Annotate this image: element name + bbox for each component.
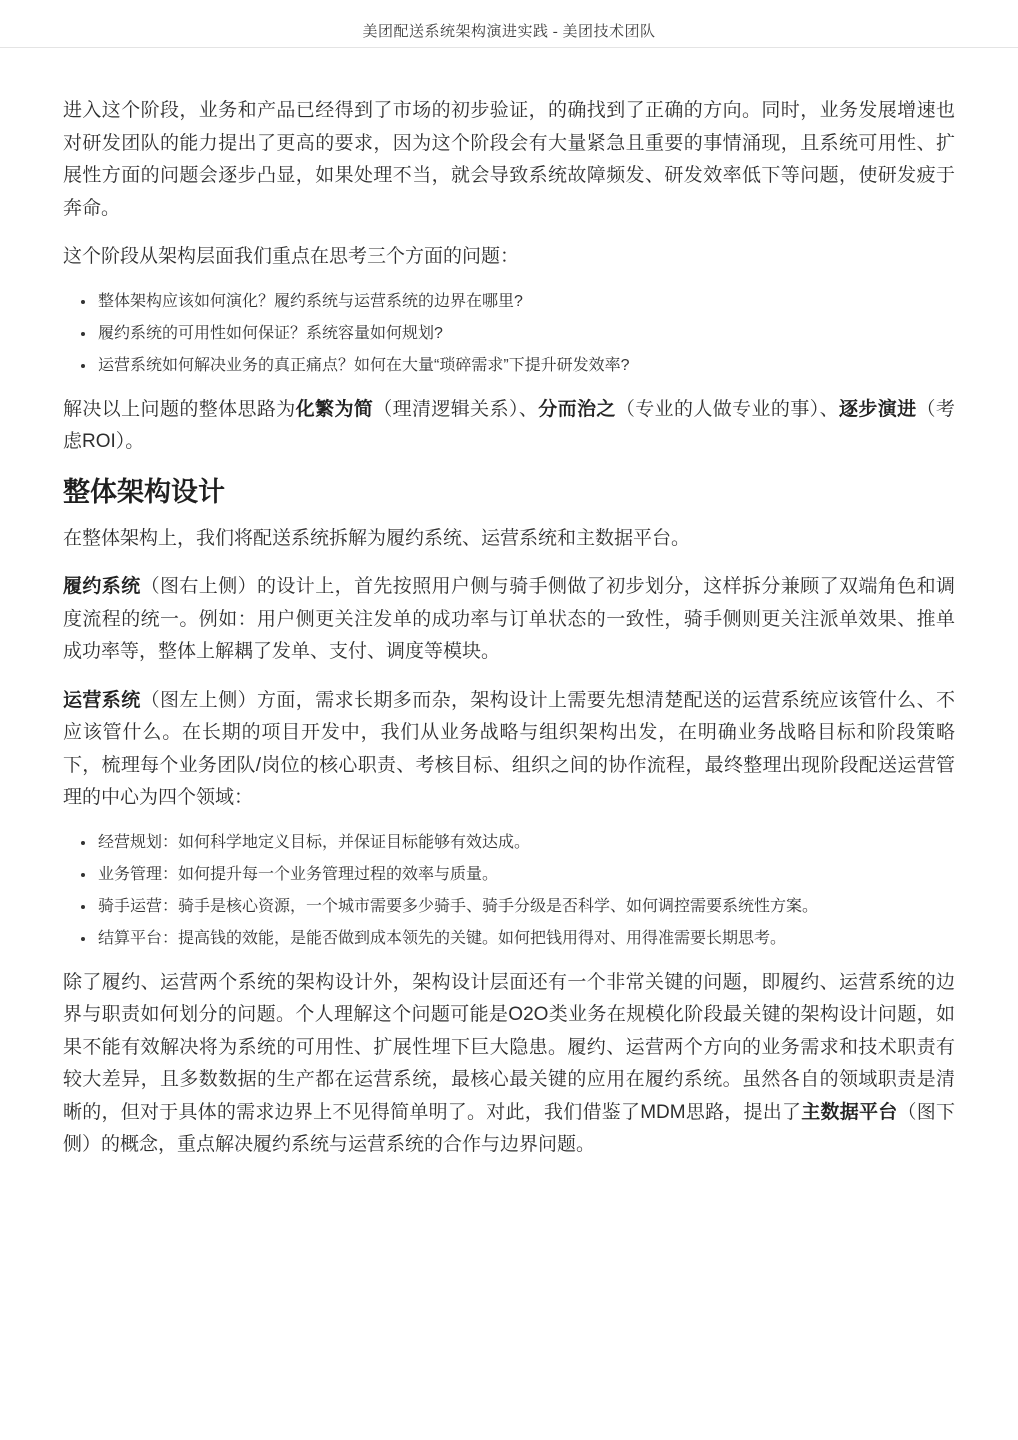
list-item: 经营规划：如何科学地定义目标，并保证目标能够有效达成。	[96, 831, 955, 855]
paragraph-operation-system: 运营系统（图左上侧）方面，需求长期多而杂，架构设计上需要先想清楚配送的运营系统应…	[63, 685, 955, 815]
list-item: 整体架构应该如何演化？履约系统与运营系统的边界在哪里?	[96, 290, 955, 314]
document-title: 美团配送系统架构演进实践 - 美团技术团队	[363, 20, 656, 41]
paragraph-boundary-mdm: 除了履约、运营两个系统的架构设计外，架构设计层面还有一个非常关键的问题，即履约、…	[63, 967, 955, 1162]
text-run: 解决以上问题的整体思路为	[63, 399, 296, 420]
list-item: 骑手运营：骑手是核心资源，一个城市需要多少骑手、骑手分级是否科学、如何调控需要系…	[96, 895, 955, 919]
section-heading-overall-architecture: 整体架构设计	[63, 475, 955, 509]
print-header: 美团配送系统架构演进实践 - 美团技术团队	[0, 0, 1018, 48]
paragraph-stage-intro: 进入这个阶段，业务和产品已经得到了市场的初步验证，的确找到了正确的方向。同时，业…	[63, 95, 955, 225]
paragraph-fulfillment-system: 履约系统（图右上侧）的设计上，首先按照用户侧与骑手侧做了初步划分，这样拆分兼顾了…	[63, 571, 955, 669]
text-run: （图左上侧）方面，需求长期多而杂，架构设计上需要先想清楚配送的运营系统应该管什么…	[63, 690, 955, 809]
bold-term-divide: 分而治之	[538, 399, 616, 420]
article-body: 进入这个阶段，业务和产品已经得到了市场的初步验证，的确找到了正确的方向。同时，业…	[0, 48, 1018, 1162]
bold-term-fulfillment-system: 履约系统	[63, 576, 141, 597]
paragraph-questions-lead: 这个阶段从架构层面我们重点在思考三个方面的问题：	[63, 241, 955, 274]
list-item: 履约系统的可用性如何保证？系统容量如何规划?	[96, 322, 955, 346]
text-run: （专业的人做专业的事）、	[616, 399, 839, 420]
text-run: （理清逻辑关系）、	[373, 399, 538, 420]
paragraph-architecture-split: 在整体架构上，我们将配送系统拆解为履约系统、运营系统和主数据平台。	[63, 523, 955, 556]
text-run: （图右上侧）的设计上，首先按照用户侧与骑手侧做了初步划分，这样拆分兼顾了双端角色…	[63, 576, 955, 662]
bold-term-evolve: 逐步演进	[839, 399, 917, 420]
text-run: 除了履约、运营两个系统的架构设计外，架构设计层面还有一个非常关键的问题，即履约、…	[63, 972, 955, 1123]
operation-domains-list: 经营规划：如何科学地定义目标，并保证目标能够有效达成。 业务管理：如何提升每一个…	[63, 831, 955, 951]
bold-term-operation-system: 运营系统	[63, 690, 141, 711]
list-item: 运营系统如何解决业务的真正痛点？如何在大量“琐碎需求”下提升研发效率?	[96, 354, 955, 378]
bold-term-simplify: 化繁为简	[296, 399, 374, 420]
list-item: 业务管理：如何提升每一个业务管理过程的效率与质量。	[96, 863, 955, 887]
paragraph-solution-approach: 解决以上问题的整体思路为化繁为简（理清逻辑关系）、分而治之（专业的人做专业的事）…	[63, 394, 955, 459]
questions-list: 整体架构应该如何演化？履约系统与运营系统的边界在哪里? 履约系统的可用性如何保证…	[63, 290, 955, 378]
list-item: 结算平台：提高钱的效能，是能否做到成本领先的关键。如何把钱用得对、用得准需要长期…	[96, 927, 955, 951]
bold-term-master-data-platform: 主数据平台	[801, 1102, 897, 1123]
